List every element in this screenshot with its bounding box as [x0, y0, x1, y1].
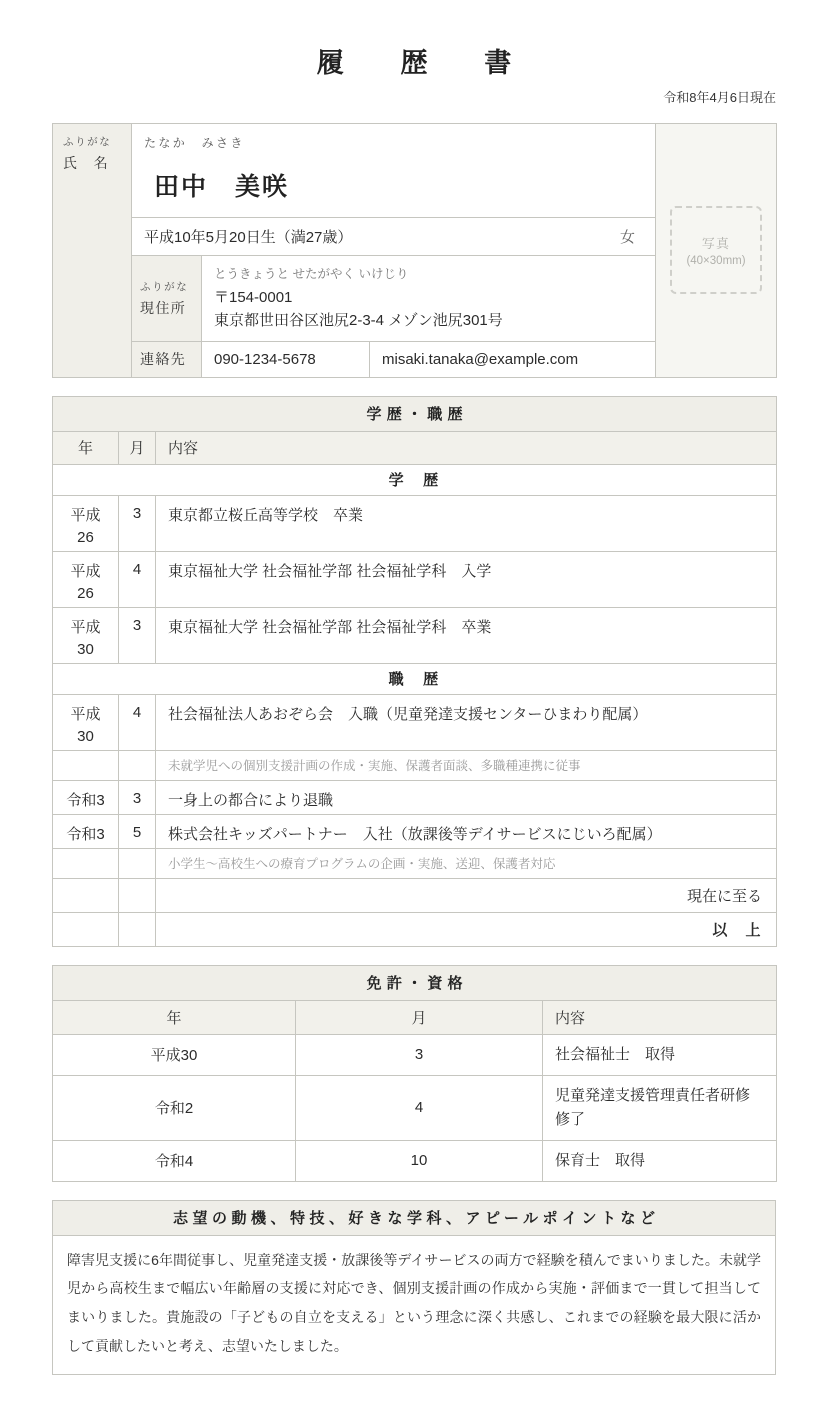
photo-label: 写真	[702, 233, 731, 252]
history-row: 平成 26 4 東京福祉大学 社会福祉学部 社会福祉学科 入学	[53, 551, 777, 607]
motivation-section: 志望の動機、特技、好きな学科、アピールポイントなど 障害児支援に6年間従事し、児…	[52, 1200, 776, 1376]
license-section-title: 免許・資格	[53, 965, 777, 1000]
address-furigana: とうきょうと せたがやく いけじり	[214, 264, 643, 282]
name-furigana: たなか みさき	[144, 134, 643, 151]
history-col-month: 月	[119, 431, 156, 464]
postal-code: 〒154-0001	[214, 286, 643, 309]
history-closing-row: 以 上	[53, 912, 777, 946]
contact-label-cell: 連絡先	[132, 341, 202, 377]
address-furigana-label: ふりがな	[140, 279, 193, 294]
history-col-content: 内容	[156, 431, 777, 464]
gender: 女	[620, 226, 635, 247]
name-row: ふりがな 氏 名 たなか みさき 田中 美咲 写真 (40×30mm)	[53, 124, 777, 218]
contact-label: 連絡先	[140, 349, 193, 369]
history-row: 令和3 3 一身上の都合により退職	[53, 780, 777, 814]
history-section-title: 学歴・職歴	[53, 396, 777, 431]
name-furigana-label: ふりがな	[63, 134, 121, 149]
history-subsection-work: 職 歴	[53, 663, 777, 694]
license-row: 平成30 3 社会福祉士 取得	[53, 1034, 777, 1075]
photo-placeholder: 写真 (40×30mm)	[670, 206, 762, 294]
date-stamp: 令和8年4月6日現在	[52, 89, 776, 107]
history-table: 学歴・職歴 年 月 内容 学 歴 平成 26 3 東京都立桜丘高等学校 卒業 平…	[52, 396, 777, 947]
history-row: 平成 30 3 東京福祉大学 社会福祉学部 社会福祉学科 卒業	[53, 607, 777, 663]
photo-cell: 写真 (40×30mm)	[656, 124, 777, 378]
name-cell: たなか みさき 田中 美咲	[132, 124, 656, 218]
email-address: misaki.tanaka@example.com	[370, 341, 656, 377]
license-col-year: 年	[53, 1000, 296, 1034]
address-text: 東京都世田谷区池尻2-3-4 メゾン池尻301号	[214, 309, 643, 332]
license-table: 免許・資格 年 月 内容 平成30 3 社会福祉士 取得 令和2 4 児童発達支…	[52, 965, 777, 1182]
address-label-cell: ふりがな 現住所	[132, 256, 202, 342]
history-note-row: 未就学児への個別支援計画の作成・実施、保護者面談、多職種連携に従事	[53, 750, 777, 780]
history-row: 平成 30 4 社会福祉法人あおぞら会 入職（児童発達支援センターひまわり配属）	[53, 694, 777, 750]
address-label: 現住所	[140, 298, 193, 318]
history-note-row: 小学生～高校生への療育プログラムの企画・実施、送迎、保護者対応	[53, 848, 777, 878]
motivation-title: 志望の動機、特技、好きな学科、アピールポイントなど	[53, 1201, 775, 1236]
resume-page: 履 歴 書 令和8年4月6日現在 ふりがな 氏 名 たなか みさき 田中 美咲 …	[0, 0, 828, 1413]
history-row: 平成 26 3 東京都立桜丘高等学校 卒業	[53, 495, 777, 551]
personal-info-table: ふりがな 氏 名 たなか みさき 田中 美咲 写真 (40×30mm) 平成10…	[52, 123, 777, 378]
history-status-row: 現在に至る	[53, 878, 777, 912]
license-col-month: 月	[296, 1000, 543, 1034]
address-cell: とうきょうと せたがやく いけじり 〒154-0001 東京都世田谷区池尻2-3…	[202, 256, 656, 342]
license-row: 令和4 10 保育士 取得	[53, 1140, 777, 1181]
name-label: 氏 名	[63, 153, 121, 173]
photo-size-note: (40×30mm)	[686, 255, 745, 267]
history-col-year: 年	[53, 431, 119, 464]
history-subsection-education: 学 歴	[53, 464, 777, 495]
license-header-row: 年 月 内容	[53, 1000, 777, 1034]
motivation-body: 障害児支援に6年間従事し、児童発達支援・放課後等デイサービスの両方で経験を積んで…	[53, 1236, 775, 1375]
license-col-content: 内容	[543, 1000, 777, 1034]
birth-cell: 平成10年5月20日生（満27歳） 女	[132, 218, 656, 256]
history-row: 令和3 5 株式会社キッズパートナー 入社（放課後等デイサービスにじいろ配属）	[53, 814, 777, 848]
page-title: 履 歴 書	[52, 46, 776, 81]
birthdate: 平成10年5月20日生（満27歳）	[144, 226, 352, 247]
history-header-row: 年 月 内容	[53, 431, 777, 464]
name-label-cell: ふりがな 氏 名	[53, 124, 132, 378]
phone-number: 090-1234-5678	[202, 341, 370, 377]
license-row: 令和2 4 児童発達支援管理責任者研修 修了	[53, 1075, 777, 1140]
full-name: 田中 美咲	[144, 167, 643, 203]
